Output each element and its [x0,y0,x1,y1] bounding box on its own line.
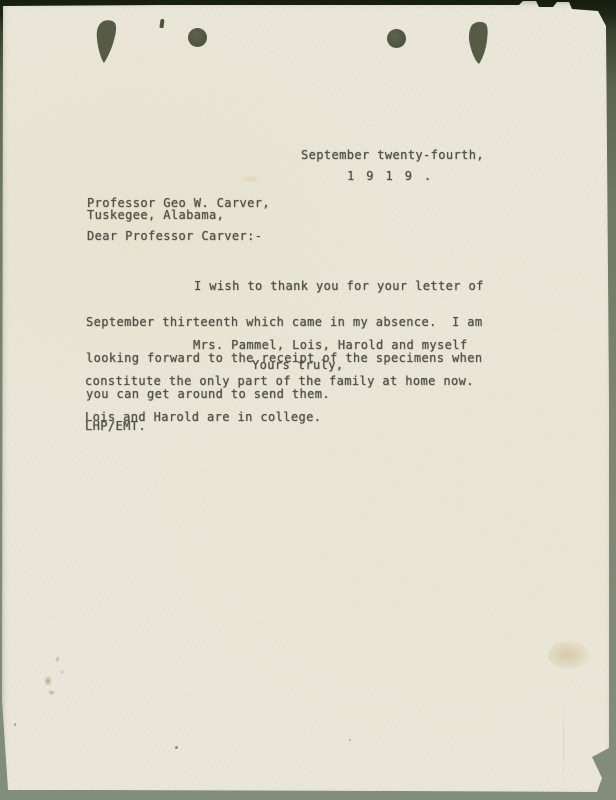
body-line: Mrs. Pammel, Lois, Harold and myself [193,339,474,351]
paper-stain [548,640,590,670]
paper-smudge [240,175,262,183]
letter-year: 1 9 1 9 . [347,170,434,182]
punch-hole-right-icon [387,29,406,48]
ink-blot [55,656,60,662]
closing-phrase: Yours truly, [252,359,344,371]
body-line: constitute the only part of the family a… [85,375,474,387]
letter-date: September twenty-fourth, [301,149,484,161]
ink-blot [48,690,55,695]
ink-blot [44,676,52,686]
reference-initials: LHP/EMT. [85,420,146,432]
body-line: I wish to thank you for your letter of [194,280,484,292]
paper-crease [563,695,564,790]
dust-speck [175,746,178,749]
scanned-letter-page: September twenty-fourth, 1 9 1 9 . Profe… [0,0,616,800]
dust-speck [349,739,351,741]
recipient-address: Tuskegee, Alabama, [87,209,224,221]
torn-binder-hole-right-icon [467,21,491,69]
salutation: Dear Professor Carver:- [87,230,262,242]
letter-paper: September twenty-fourth, 1 9 1 9 . Profe… [0,0,616,800]
punch-hole-left-icon [188,28,207,47]
ink-tick-mark [159,19,164,28]
dust-speck [14,723,16,726]
ink-blot [60,670,64,674]
torn-binder-hole-left-icon [96,19,120,69]
